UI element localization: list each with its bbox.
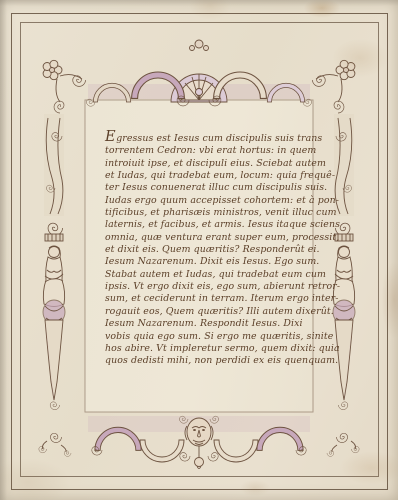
text-line: ter Iesus conuenerat illuc cum discipuli…: [105, 182, 309, 194]
text-line: vobis quia ego sum. Si ergo me quæritis,…: [105, 331, 309, 343]
text-line: et dixit eis. Quem quæritis? Responderût…: [105, 244, 309, 256]
text-line: Iesum Nazarenum. Respondit Iesus. Dixi: [105, 318, 309, 330]
text-line: rogauit eos, Quem quæritis? Illi autem d…: [105, 306, 309, 318]
text-line: Iesum Nazarenum. Dixit eis Iesus. Ego su…: [105, 256, 309, 268]
left-strapwork: [44, 114, 64, 216]
text-line: quos dedisti mihi, non perdidi ex eis qu…: [105, 355, 309, 367]
text-line: introiuit ipse, et discipuli eius. Scieb…: [105, 158, 309, 170]
text-line: Stabat autem et Iudas, qui tradebat eum …: [105, 269, 309, 281]
tendril-bottom-left: [39, 433, 71, 456]
text-line: et Iudas, qui tradebat eum, locum: quia …: [105, 170, 309, 182]
text-line: tificibus, et pharisæis ministros, venit…: [105, 207, 309, 219]
left-caryatid-figure: [43, 223, 65, 410]
text-line: torrentem Cedron: vbi erat hortus: in qu…: [105, 145, 309, 157]
text-line: Iudas ergo quum accepisset cohortem: et …: [105, 195, 309, 207]
latin-text-block: Egressus est Iesus cum discipulis suis t…: [105, 131, 309, 368]
corner-rosette-top-right: [313, 60, 355, 113]
manuscript-page: Egressus est Iesus cum discipulis suis t…: [0, 0, 398, 500]
tendril-bottom-right: [327, 433, 359, 456]
corner-rosette-top-left: [43, 60, 85, 113]
text-line: omnia, quæ ventura erant super eum, proc…: [105, 232, 309, 244]
text-line: Egressus est Iesus cum discipulis suis t…: [105, 131, 309, 145]
right-caryatid-figure: [333, 223, 355, 410]
text-line: ipsis. Vt ergo dixit eis, ego sum, abier…: [105, 281, 309, 293]
text-line: sum, et ceciderunt in terram. Iterum erg…: [105, 293, 309, 305]
text-line: laternis, et facibus, et armis. Iesus it…: [105, 219, 309, 231]
text-line: hos abire. Vt impleretur sermo, quem dix…: [105, 343, 309, 355]
